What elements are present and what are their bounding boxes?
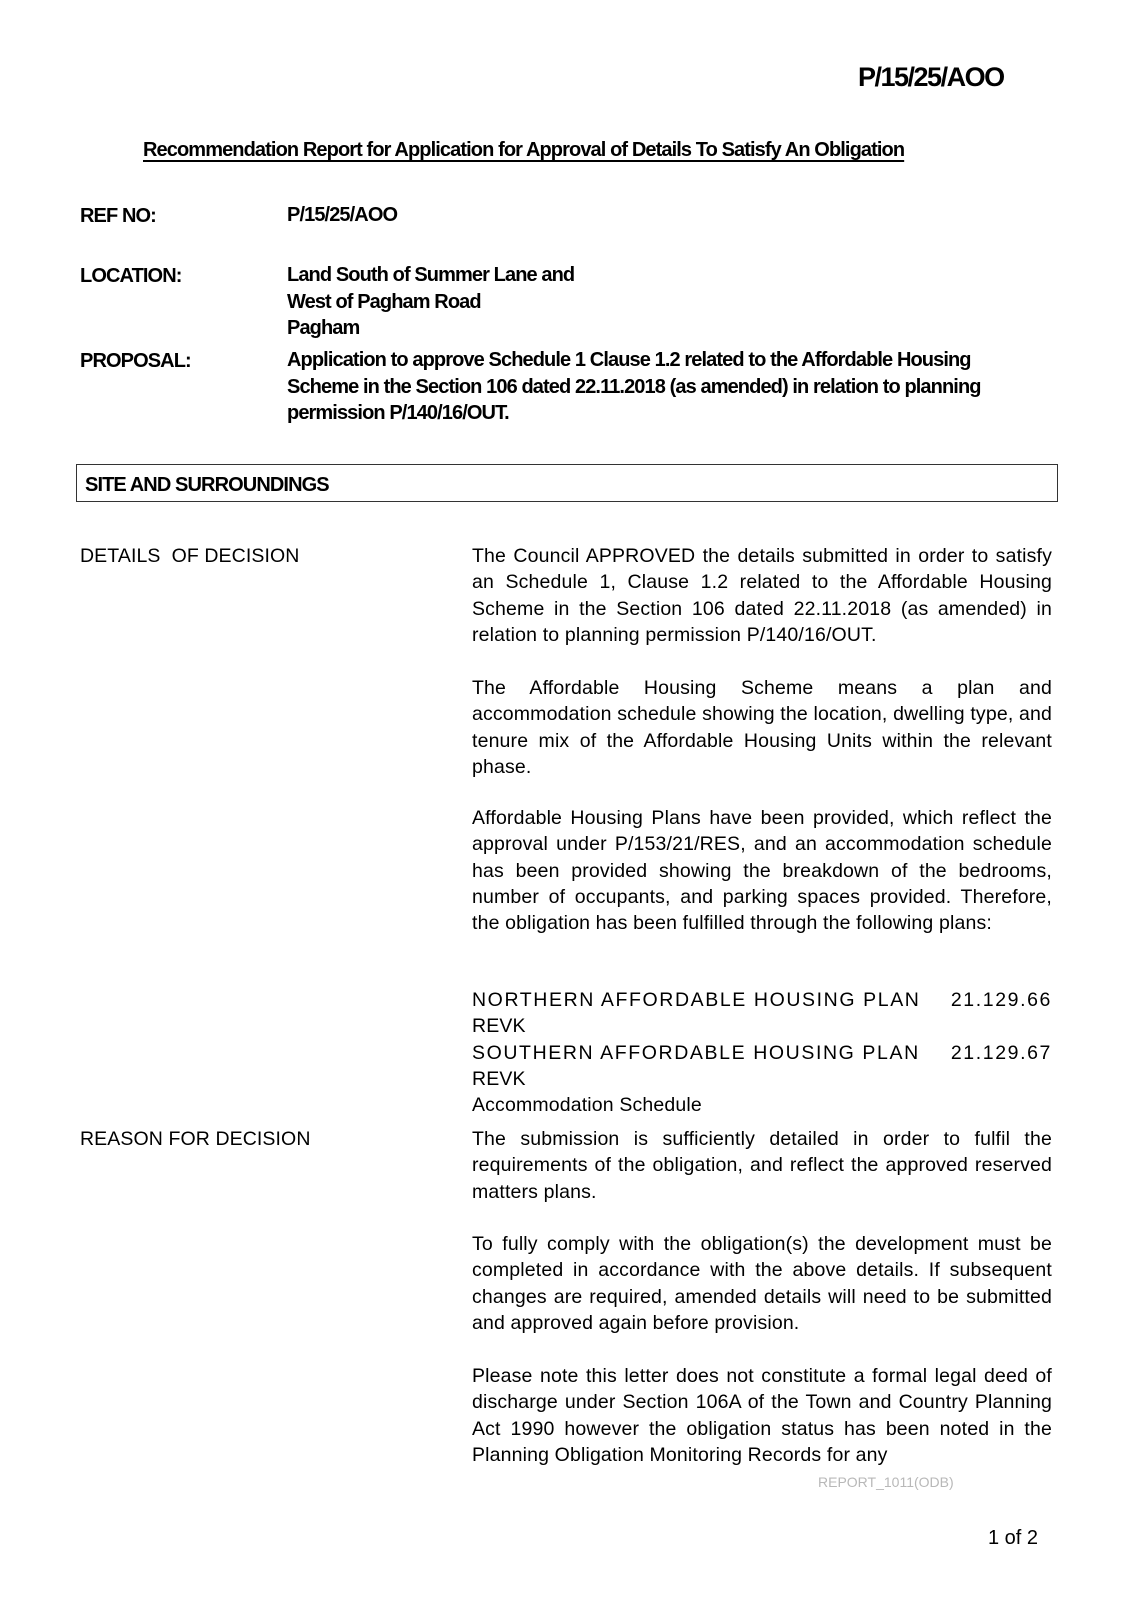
plan-number: 21.129.66 — [951, 987, 1052, 1013]
decision-paragraph: Affordable Housing Plans have been provi… — [472, 805, 1052, 936]
section-header-box: SITE AND SURROUNDINGS — [76, 464, 1058, 502]
decision-paragraph: The Council APPROVED the details submitt… — [472, 543, 1052, 648]
reason-for-decision-label: REASON FOR DECISION — [80, 1128, 311, 1151]
plan-revision: REVK — [472, 1013, 1052, 1039]
plan-item: NORTHERN AFFORDABLE HOUSING PLAN 21.129.… — [472, 987, 1052, 1013]
location-line: Pagham — [287, 315, 1055, 342]
report-code: REPORT_1011(ODB) — [818, 1474, 954, 1490]
proposal-line: Scheme in the Section 106 dated 22.11.20… — [287, 374, 1055, 401]
proposal-label: PROPOSAL: — [80, 350, 191, 373]
section-title: SITE AND SURROUNDINGS — [85, 474, 329, 497]
ref-no-value: P/15/25/AOO — [287, 202, 1055, 229]
details-of-decision-label: DETAILS OF DECISION — [80, 545, 299, 568]
report-title: Recommendation Report for Application fo… — [143, 139, 904, 162]
reason-paragraph: The submission is sufficiently detailed … — [472, 1126, 1052, 1205]
approved-plans-list: NORTHERN AFFORDABLE HOUSING PLAN 21.129.… — [472, 987, 1052, 1118]
accommodation-schedule: Accommodation Schedule — [472, 1092, 1052, 1118]
document-reference: P/15/25/AOO — [858, 62, 1004, 93]
reason-paragraph: Please note this letter does not constit… — [472, 1363, 1052, 1468]
plan-number: 21.129.67 — [951, 1040, 1052, 1066]
location-value: Land South of Summer Lane and West of Pa… — [287, 262, 1055, 342]
plan-name: NORTHERN AFFORDABLE HOUSING PLAN — [472, 987, 921, 1013]
proposal-line: Application to approve Schedule 1 Clause… — [287, 347, 1055, 374]
proposal-value: Application to approve Schedule 1 Clause… — [287, 347, 1055, 427]
proposal-line: permission P/140/16/OUT. — [287, 400, 1055, 427]
plan-revision: REVK — [472, 1066, 1052, 1092]
location-line: West of Pagham Road — [287, 289, 1055, 316]
plan-name: SOUTHERN AFFORDABLE HOUSING PLAN — [472, 1040, 920, 1066]
reason-paragraph: To fully comply with the obligation(s) t… — [472, 1231, 1052, 1336]
location-line: Land South of Summer Lane and — [287, 262, 1055, 289]
ref-no-label: REF NO: — [80, 205, 156, 228]
decision-paragraph: The Affordable Housing Scheme means a pl… — [472, 675, 1052, 780]
location-label: LOCATION: — [80, 265, 182, 288]
page-number: 1 of 2 — [988, 1527, 1038, 1550]
plan-item: SOUTHERN AFFORDABLE HOUSING PLAN 21.129.… — [472, 1040, 1052, 1066]
